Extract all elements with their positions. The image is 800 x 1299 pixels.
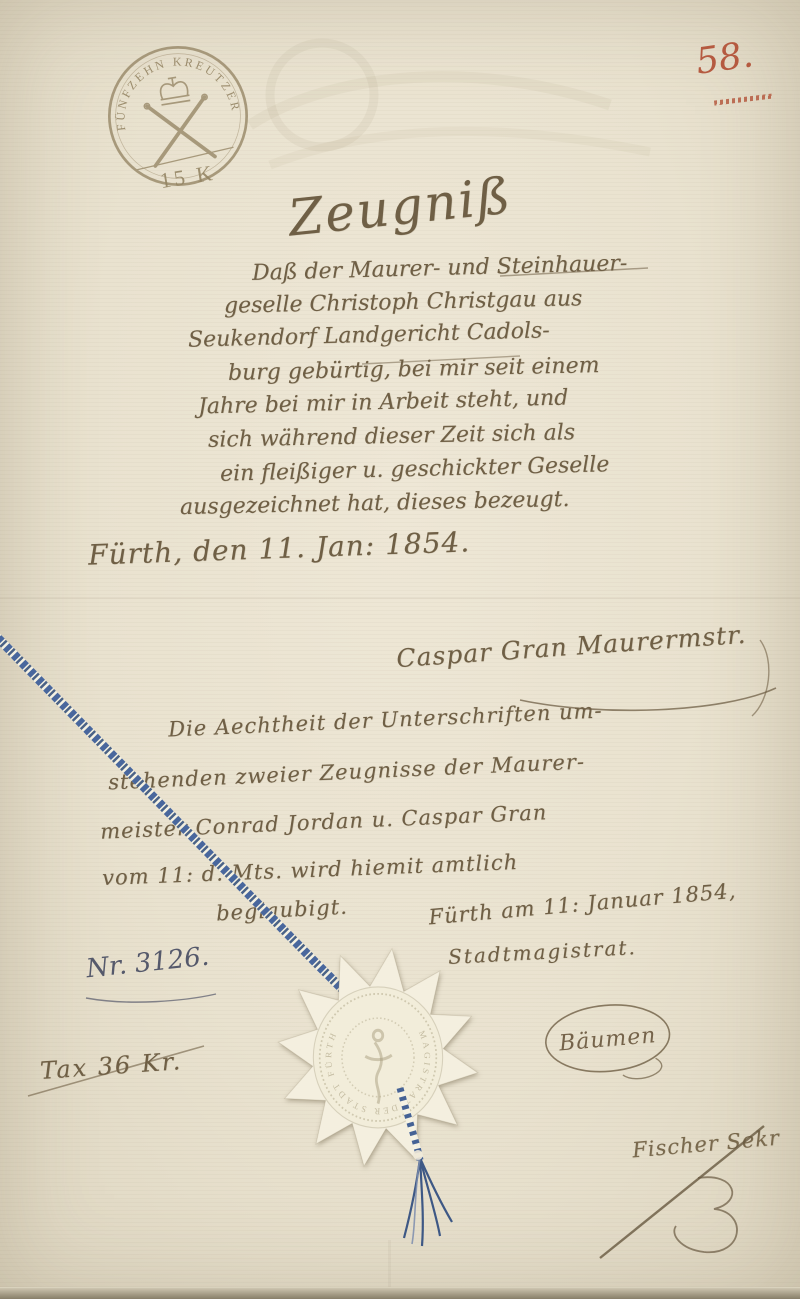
document-page: FÜNFZEHN KREUTZER 15 K 58. Zeugniß Daß d… xyxy=(0,0,800,1299)
page-bottom-edge xyxy=(0,1287,800,1299)
secretary-flourish xyxy=(0,0,800,1299)
fold-crease xyxy=(0,597,800,599)
